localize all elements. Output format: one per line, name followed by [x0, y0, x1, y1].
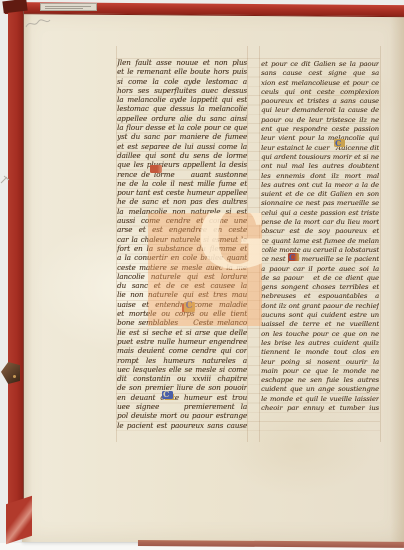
text-line: a paour car il porte auec soi la cause — [261, 265, 379, 274]
paraph-blue-gold-left-column: C — [162, 391, 173, 399]
text-line: appellee ordure alie du sanc ainsi que — [117, 114, 247, 123]
text-line: pense de la mort car du lieu mort et — [261, 218, 379, 227]
text-line: sionnaire ce nest pas merueille se — [261, 199, 379, 208]
text-line: la melancolie ayde lappetit qui est en — [117, 95, 247, 104]
text-line: ceuls qui ont ceste complexion sont — [261, 88, 379, 97]
text-line: que les plusieurs appellent la desis — [117, 160, 247, 169]
text-line: leur vient pour la melancolie qui — [261, 134, 379, 143]
text-line: Jlen fault asse nouue et non plus — [117, 58, 247, 67]
text-line: on les touche pour ce que on ne — [261, 330, 379, 339]
text-line: rence de lorme auant sustonne — [117, 170, 247, 179]
text-line: he de sanc et non pas des aultres deux — [117, 197, 247, 206]
text-line: de son premier liure de son pouoir — [117, 383, 247, 392]
text-line: la flour desse et la cole pour ce que el… — [117, 123, 247, 132]
initial-letter: C — [289, 252, 295, 262]
text-line: aucuns sont qui cuident estre un — [261, 311, 379, 320]
watermark-letter-g: G — [197, 213, 262, 282]
text-line: ne de la cole il nest mille fume et — [117, 179, 247, 188]
text-line: qui ardent tousiours morir et si ne — [261, 153, 379, 162]
text-line: paoureux et tristes a sans cause car — [261, 97, 379, 106]
text-line: leur estainct le cuer Auicenne dit — [261, 144, 379, 153]
text-line: uee signee premierement la — [117, 402, 247, 411]
text-line: ent que respondre ceste passion — [261, 125, 379, 134]
text-line: gens songent choses terribles et te — [261, 283, 379, 292]
pencil-inscription — [24, 16, 52, 31]
paraph-red-gold-right-column: C — [288, 253, 299, 261]
text-line: en deuant ceste humeur est trou — [117, 393, 247, 402]
text-line: obscur est de soy paoureux et pour — [261, 227, 379, 236]
text-line: paour ou de leur tristesce ilz ne saue — [261, 116, 379, 125]
text-line: tiennent le monde tout clos en — [261, 348, 379, 357]
text-line: pol deuiste mort ou paour estrange — [117, 411, 247, 420]
text-line: puet estre nulle humeur engendree — [117, 337, 247, 346]
text-line: mais deuient come cendre qui cor — [117, 346, 247, 355]
text-line: qui leur demanderoit la cause de le — [261, 106, 379, 115]
watermark-band: G — [148, 213, 262, 326]
clasp-nail — [13, 375, 16, 378]
text-line: les brise les autres cuident quilz — [261, 339, 379, 348]
text-line: suient et de ce dit Galien en son pas — [261, 190, 379, 199]
text-line: eschappe ne sen fuie les autres — [261, 376, 379, 385]
text-line: uaissel de terre et ne vueillent que — [261, 320, 379, 329]
text-line: sans cause cest signe que sa comple — [261, 69, 379, 78]
text-line: et est separee de lui aussi come la fes — [117, 142, 247, 151]
initial-letter: C — [335, 138, 341, 148]
text-line: pour tant est ceste humeur appellee — [117, 188, 247, 197]
text-line: dont ilz ont grant paour de rechief — [261, 302, 379, 311]
shelfmark-sticker — [40, 3, 97, 11]
text-line: ont nul mal les autres doubtent — [261, 162, 379, 171]
text-line: colie monte au cerueil a lobstarust — [261, 246, 379, 255]
text-line: hors ses superfluites auec dessus ausi — [117, 86, 247, 95]
text-line: lie est si seche et si arse que delle ne — [117, 328, 247, 337]
text-line: et le remenant elle boute hors puis — [117, 67, 247, 76]
text-line: cheoir par ennuy et tumber ius — [261, 404, 379, 413]
column-border-line — [380, 46, 381, 442]
text-line: si come la cole ayde lestomac a bouter — [117, 77, 247, 86]
binding-edge-left — [8, 3, 24, 537]
text-line: cuident que un ange soustiengne — [261, 385, 379, 394]
text-line: rompt les humeurs natureles a — [117, 356, 247, 365]
text-line: les ennemis dont ilz mort mal — [261, 172, 379, 181]
text-line: xion est melancolieuse et pour ce — [261, 79, 379, 88]
clasp-remnant — [1, 362, 20, 384]
initial-letter: C — [163, 389, 169, 399]
text-line: dit constantin ou xxviii chapitre — [117, 374, 247, 383]
text-line: nebreuses et espouantables a ueoir — [261, 292, 379, 301]
text-line: leur poing si nosent ouurir la — [261, 358, 379, 367]
text-line: yst du sanc par maniere de fumee — [117, 132, 247, 141]
text-line: de sa paour et de ce dient que telz — [261, 274, 379, 283]
text-column-right: et pour ce dit Galien se la paour estsan… — [261, 60, 379, 413]
text-line: et pour ce dit Galien se la paour est — [261, 60, 379, 69]
paraph-red-left-column — [150, 165, 162, 173]
text-line: ce quant lame est fumee de melan — [261, 237, 379, 246]
text-line: main pour ce que le monde ne leur — [261, 367, 379, 376]
binding-fold-bottom-left — [6, 496, 32, 544]
text-line: le pacient est paoureux sans cause — [117, 421, 247, 430]
text-line: uec lesqueles elle se mesle si come — [117, 365, 247, 374]
text-line: ce nest pas merueille se le pacient — [261, 255, 379, 264]
text-line: les autres ont cut la meor a la de — [261, 181, 379, 190]
text-line: lestomac que dessus la melancolie est — [117, 104, 247, 113]
paraph-gold-blue-right-column: C — [334, 139, 345, 147]
manuscript-photo: Jlen fault asse nouue et non pluset le r… — [0, 0, 404, 550]
pencil-mark-margin — [0, 174, 10, 186]
text-line: le monde et quil le vueille laissier — [261, 395, 379, 404]
text-line: daillee qui sont du sens de lorme — [117, 151, 247, 160]
text-line: celui qui a ceste passion est triste et — [261, 209, 379, 218]
